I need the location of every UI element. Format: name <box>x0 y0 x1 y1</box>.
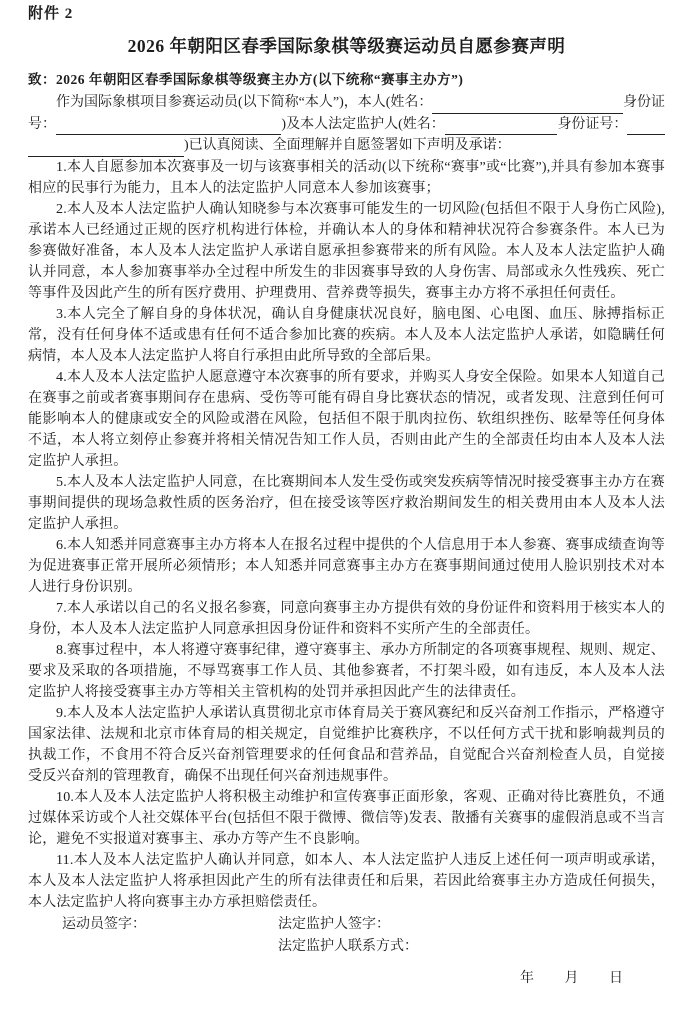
signature-row-2: 法定监护人联系方式： <box>28 936 665 958</box>
guardian-signature-label: 法定监护人签字： <box>278 914 390 936</box>
guardian-id-blank-continued <box>28 140 184 157</box>
clause-paragraph-8: 8.赛事过程中，本人将遵守赛事纪律，遵守赛事主、承办方所制定的各项赛事规程、规则… <box>28 640 665 703</box>
signature-section: 运动员签字： 法定监护人签字： 法定监护人联系方式： <box>28 914 665 958</box>
intro-fill-in-section: 作为国际象棋项目参赛运动员(以下简称“本人”)，本人(姓名： 身份证 号： )及… <box>28 92 665 157</box>
athlete-id-blank <box>56 118 281 135</box>
clause-paragraph-9: 9.本人及本人法定监护人承诺认真贯彻北京市体育局关于赛风赛纪和反兴奋剂工作指示，… <box>28 703 665 787</box>
clause-list: 1.本人自愿参加本次赛事及一切与该赛事相关的活动(以下统称“赛事”或“比赛”),… <box>28 157 665 913</box>
intro-text: )已认真阅读、全面理解并自愿签署如下声明及承诺： <box>184 135 511 157</box>
page-title: 2026 年朝阳区春季国际象棋等级赛运动员自愿参赛声明 <box>28 33 665 58</box>
clause-paragraph-6: 6.本人知悉并同意赛事主办方将本人在报名过程中提供的个人信息用于本人参赛、赛事成… <box>28 535 665 598</box>
date-year-label: 年 <box>520 971 534 986</box>
clause-paragraph-4: 4.本人及本人法定监护人愿意遵守本次赛事的所有要求，并购买人身安全保险。如果本人… <box>28 367 665 472</box>
signature-indent <box>28 936 62 958</box>
intro-text: 身份证 <box>623 92 665 114</box>
clause-paragraph-3: 3.本人完全了解自身的身体状况，确认自身健康状况良好，脑电图、心电图、血压、脉搏… <box>28 304 665 367</box>
clause-paragraph-10: 10.本人及本人法定监护人将积极主动维护和宣传赛事正面形象，客观、正确对待比赛胜… <box>28 787 665 850</box>
document-content: 附件 2 2026 年朝阳区春季国际象棋等级赛运动员自愿参赛声明 致：2026 … <box>0 0 691 987</box>
date-day-label: 日 <box>609 971 623 986</box>
date-month-label: 月 <box>565 971 579 986</box>
clause-paragraph-2: 2.本人及本人法定监护人确认知晓参与本次赛事可能发生的一切风险(包括但不限于人身… <box>28 199 665 304</box>
guardian-id-blank <box>627 118 665 135</box>
signature-indent <box>28 914 62 936</box>
date-line: 年 月 日 <box>28 967 665 987</box>
guardian-contact-label: 法定监护人联系方式： <box>278 936 418 958</box>
clause-paragraph-1: 1.本人自愿参加本次赛事及一切与该赛事相关的活动(以下统称“赛事”或“比赛”),… <box>28 157 665 199</box>
intro-text: 号： <box>28 114 56 136</box>
signature-row-1: 运动员签字： 法定监护人签字： <box>28 914 665 936</box>
addressee-line: 致：2026 年朝阳区春季国际象棋等级赛主办方(以下统称“赛事主办方”) <box>28 68 665 88</box>
intro-line-2: 号： )及本人法定监护人(姓名： 身份证号： <box>28 114 665 136</box>
declaration-document: 附件 2 2026 年朝阳区春季国际象棋等级赛运动员自愿参赛声明 致：2026 … <box>0 0 691 1015</box>
clause-paragraph-5: 5.本人及本人法定监护人同意，在比赛期间本人发生受伤或突发疾病等情况时接受赛事主… <box>28 472 665 535</box>
intro-line-3: )已认真阅读、全面理解并自愿签署如下声明及承诺： <box>28 135 665 157</box>
athlete-signature-label: 运动员签字： <box>62 914 278 936</box>
clause-paragraph-11: 11.本人及本人法定监护人确认并同意，如本人、本人法定监护人违反上述任何一项声明… <box>28 850 665 913</box>
empty-cell <box>62 936 278 958</box>
intro-text: 作为国际象棋项目参赛运动员(以下简称“本人”)，本人(姓名： <box>56 92 432 114</box>
intro-text: )及本人法定监护人(姓名： <box>281 114 444 136</box>
intro-text: 身份证号： <box>557 114 627 136</box>
intro-line-1: 作为国际象棋项目参赛运动员(以下简称“本人”)，本人(姓名： 身份证 <box>28 92 665 114</box>
attachment-label: 附件 2 <box>28 2 665 23</box>
guardian-name-blank <box>445 118 558 135</box>
clause-paragraph-7: 7.本人承诺以自己的名义报名参赛，同意向赛事主办方提供有效的身份证件和资料用于核… <box>28 598 665 640</box>
athlete-name-blank <box>432 97 623 114</box>
